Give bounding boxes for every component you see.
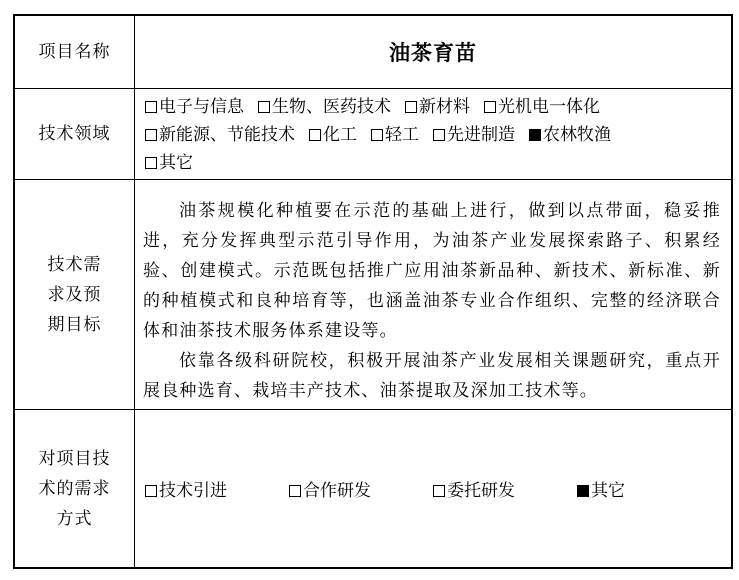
option-new-energy[interactable]: 新能源、节能技术 [145, 121, 295, 149]
tech-field-label: 技术领域 [15, 89, 135, 179]
option-mode-other[interactable]: 其它 [577, 476, 721, 501]
checkbox-checked-icon[interactable] [577, 485, 589, 497]
checkbox-icon[interactable] [258, 101, 270, 113]
option-joint-rd[interactable]: 合作研发 [289, 476, 433, 501]
option-optomechatronics[interactable]: 光机电一体化 [484, 93, 600, 121]
checkbox-icon[interactable] [433, 485, 445, 497]
option-new-materials[interactable]: 新材料 [405, 93, 470, 121]
option-advanced-manufacturing[interactable]: 先进制造 [433, 121, 515, 149]
row-demand-mode: 对项目技 术的需求 方式 技术引进 合作研发 委托研发 其它 [15, 410, 731, 567]
option-electronics[interactable]: 电子与信息 [145, 93, 244, 121]
option-chemical[interactable]: 化工 [309, 121, 357, 149]
option-biomedicine[interactable]: 生物、医药技术 [258, 93, 391, 121]
checkbox-icon[interactable] [405, 101, 417, 113]
option-agriculture[interactable]: 农林牧渔 [529, 121, 611, 149]
row-tech-field: 技术领域 电子与信息生物、医药技术新材料光机电一体化 新能源、节能技术化工轻工先… [15, 89, 731, 180]
demand-mode-options: 技术引进 合作研发 委托研发 其它 [135, 410, 731, 567]
project-form-table: 项目名称 油茶育苗 技术领域 电子与信息生物、医药技术新材料光机电一体化 新能源… [13, 14, 733, 569]
goal-paragraph-2: 依靠各级科研院校，积极开展油茶产业发展相关课题研究，重点开展良种选育、栽培丰产技… [143, 346, 721, 406]
checkbox-icon[interactable] [145, 101, 157, 113]
project-name-cell: 油茶育苗 [135, 16, 731, 88]
option-light-industry[interactable]: 轻工 [371, 121, 419, 149]
row-project-name: 项目名称 油茶育苗 [15, 16, 731, 89]
option-other[interactable]: 其它 [145, 149, 193, 177]
tech-goal-text: 油茶规模化种植要在示范的基础上进行，做到以点带面，稳妥推进，充分发挥典型示范引导… [135, 180, 731, 409]
checkbox-icon[interactable] [145, 157, 157, 169]
row-tech-goal: 技术需 求及预 期目标 油茶规模化种植要在示范的基础上进行，做到以点带面，稳妥推… [15, 180, 731, 410]
checkbox-icon[interactable] [371, 129, 383, 141]
goal-paragraph-1: 油茶规模化种植要在示范的基础上进行，做到以点带面，稳妥推进，充分发挥典型示范引导… [143, 196, 721, 346]
checkbox-icon[interactable] [145, 485, 157, 497]
option-tech-import[interactable]: 技术引进 [145, 476, 289, 501]
checkbox-checked-icon[interactable] [529, 129, 541, 141]
tech-field-options: 电子与信息生物、医药技术新材料光机电一体化 新能源、节能技术化工轻工先进制造农林… [135, 89, 731, 179]
checkbox-icon[interactable] [484, 101, 496, 113]
project-name-value: 油茶育苗 [135, 16, 731, 88]
checkbox-icon[interactable] [309, 129, 321, 141]
option-commissioned-rd[interactable]: 委托研发 [433, 476, 577, 501]
checkbox-icon[interactable] [145, 129, 157, 141]
demand-mode-label: 对项目技 术的需求 方式 [15, 410, 135, 567]
checkbox-icon[interactable] [433, 129, 445, 141]
checkbox-icon[interactable] [289, 485, 301, 497]
project-name-label: 项目名称 [15, 16, 135, 88]
tech-goal-label: 技术需 求及预 期目标 [15, 180, 135, 409]
